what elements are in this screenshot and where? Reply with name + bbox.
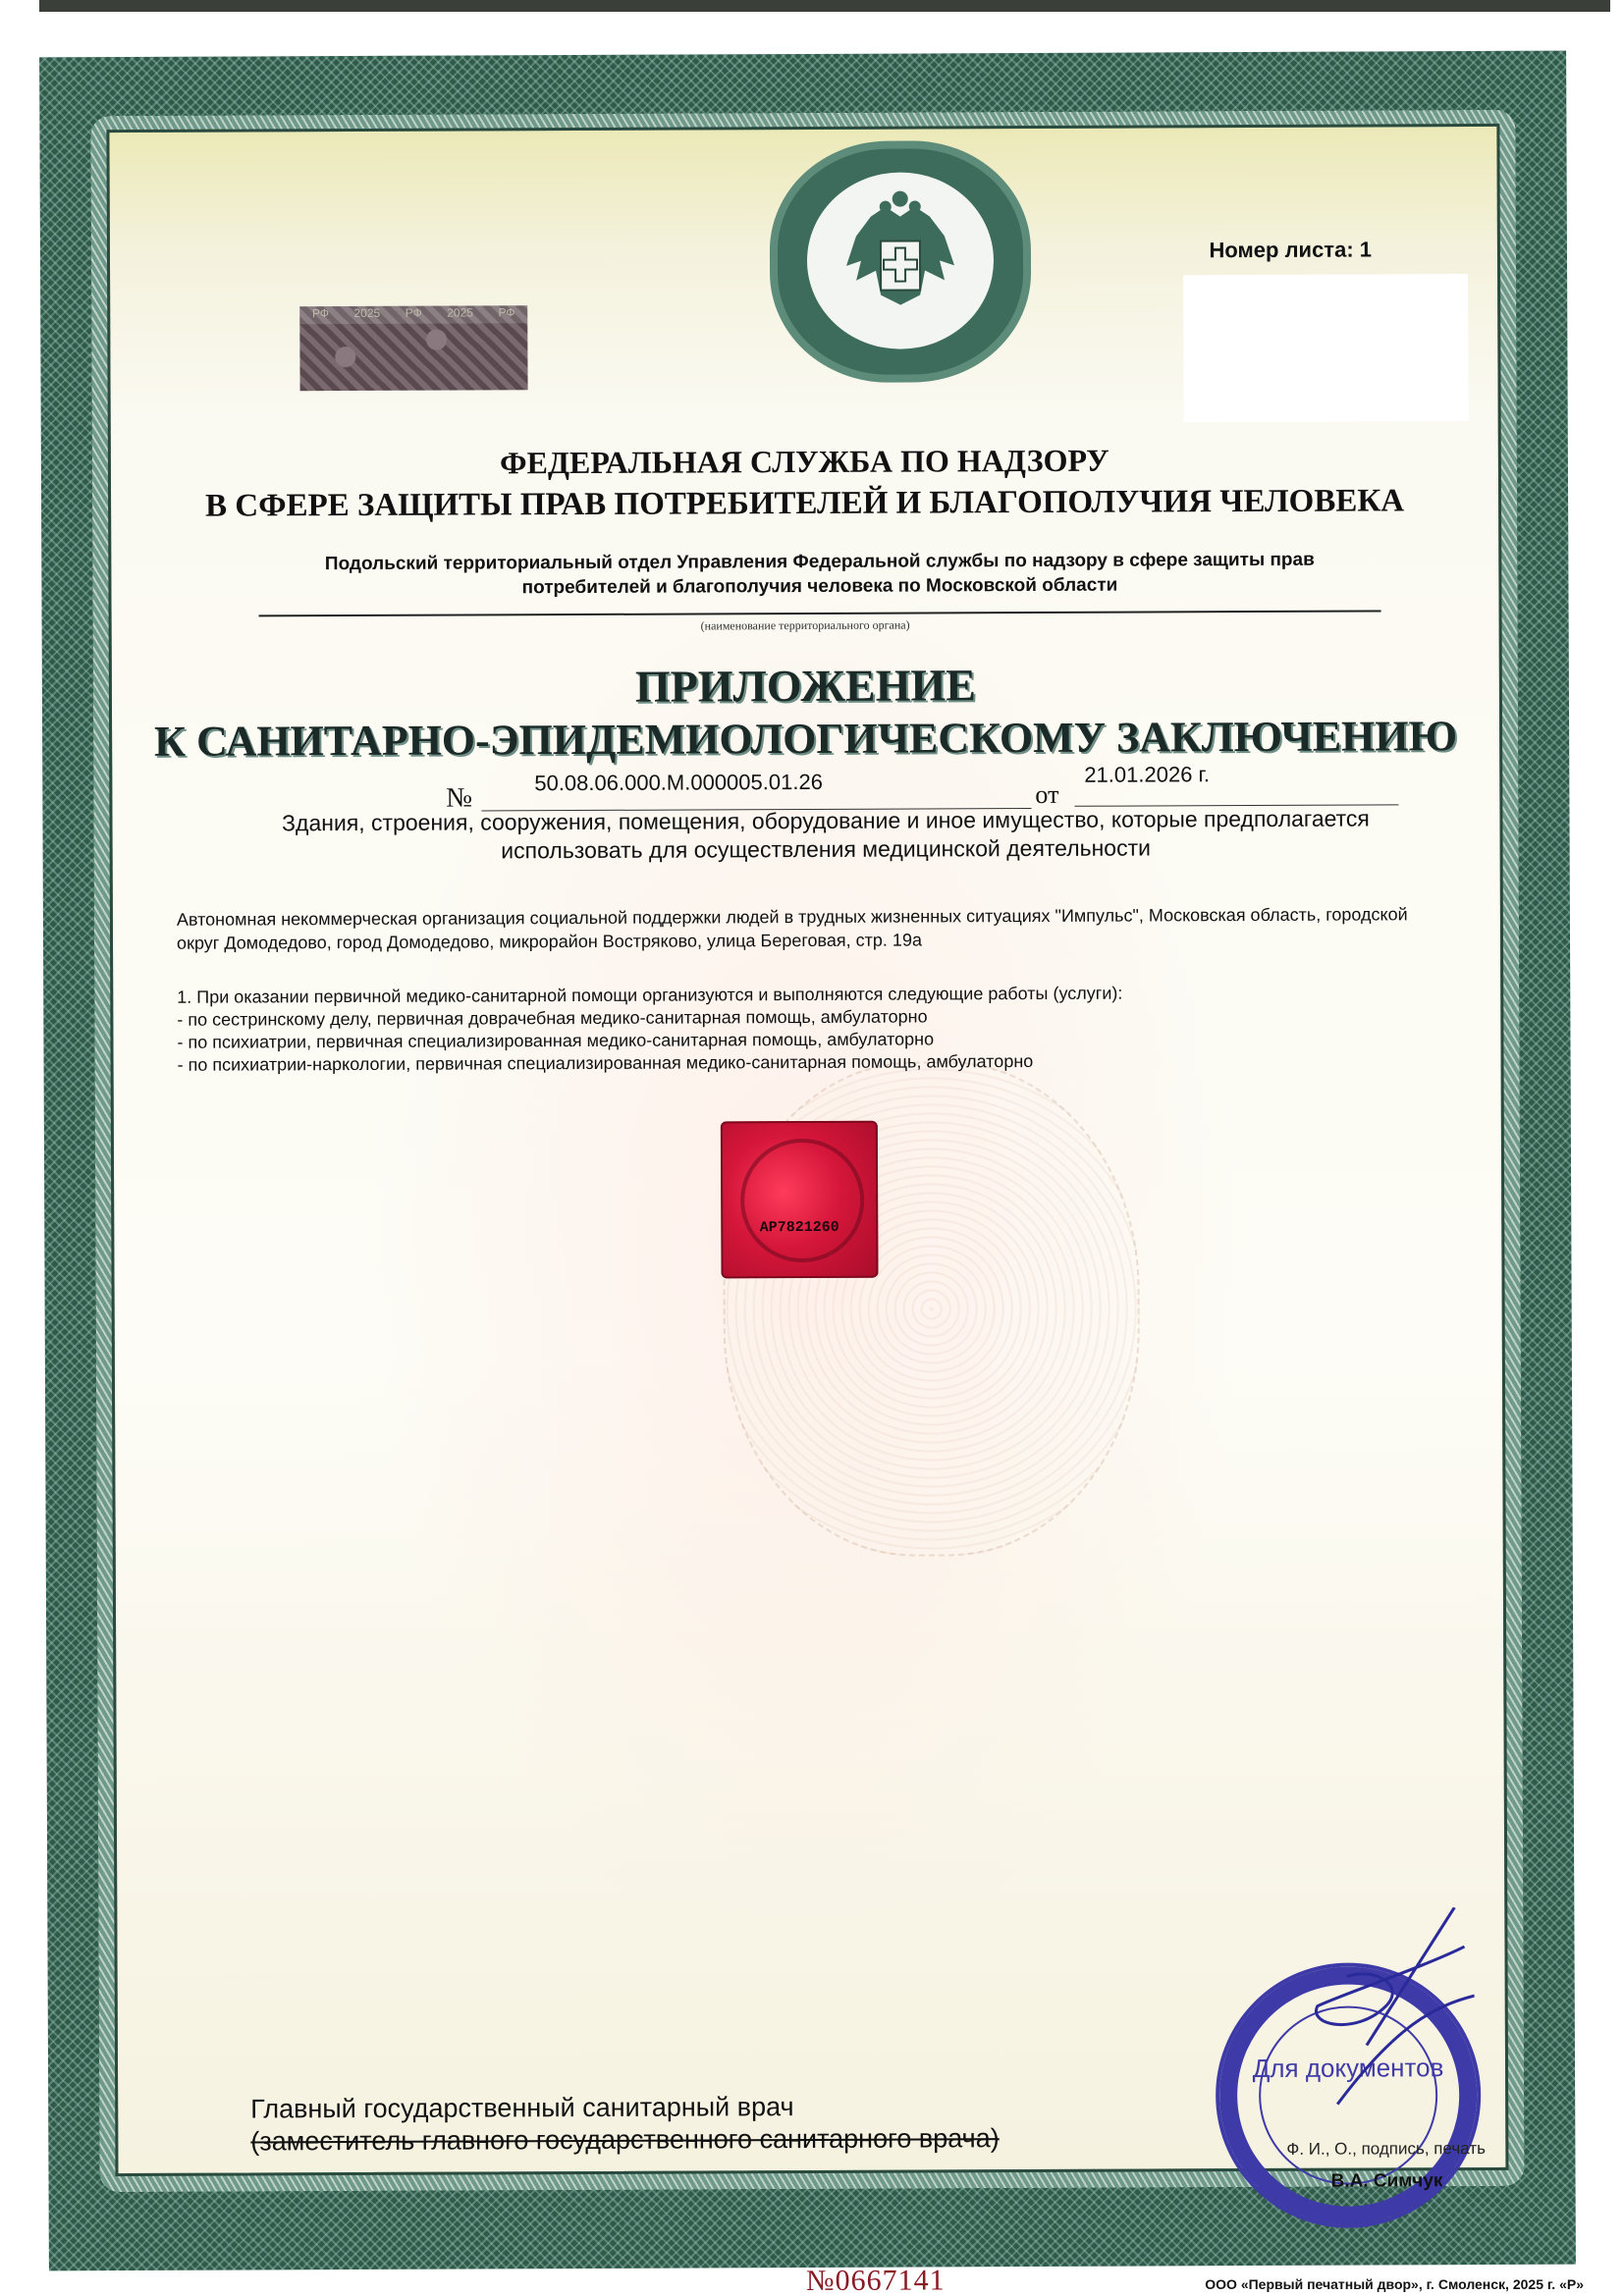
organization-text: Автономная некоммерческая организация со… — [177, 902, 1441, 955]
signer-name: В.А. Симчук — [1330, 2170, 1442, 2192]
list-item: - по психиатрии-наркологии, первичная сп… — [178, 1048, 1442, 1077]
redacted-area — [1183, 274, 1469, 422]
hologram-code: АР7821260 — [721, 1219, 878, 1237]
conclusion-number: 50.08.06.000.М.000005.01.26 — [534, 770, 823, 796]
printer-imprint: ООО «Первый печатный двор», г. Смоленск,… — [1205, 2276, 1584, 2292]
document-sheet: Номер листа: 1 РФ 2025 РФ 2025 РФ ФЕДЕРА… — [39, 51, 1576, 2271]
document-paper: Номер листа: 1 РФ 2025 РФ 2025 РФ ФЕДЕРА… — [106, 124, 1508, 2176]
signature-icon — [1277, 1907, 1475, 2163]
double-headed-eagle-icon — [807, 172, 995, 349]
emblem-badge — [778, 148, 1024, 375]
signature-caption: Ф. И., О., подпись, печать — [1286, 2139, 1486, 2160]
document-title: ПРИЛОЖЕНИЕ К САНИТАРНО-ЭПИДЕМИОЛОГИЧЕСКО… — [112, 657, 1499, 767]
signer-title: Главный государственный санитарный врач — [250, 2090, 999, 2125]
signer-position: Главный государственный санитарный врач … — [250, 2090, 1000, 2158]
works-list: 1. При оказании первичной медико-санитар… — [177, 981, 1441, 1077]
agency-line-1: ФЕДЕРАЛЬНАЯ СЛУЖБА ПО НАДЗОРУ — [111, 441, 1498, 483]
strip-label: 2025 — [353, 306, 380, 324]
hologram-sticker: АР7821260 — [721, 1121, 879, 1279]
hologram-seal-icon — [740, 1139, 865, 1263]
territorial-body-caption: (наименование территориального органа) — [112, 615, 1499, 636]
security-strip: РФ 2025 РФ 2025 РФ — [299, 305, 527, 391]
title-line-1: ПРИЛОЖЕНИЕ — [112, 657, 1499, 715]
signer-title-struck: (заместитель главного государственного с… — [250, 2122, 999, 2158]
strip-label: РФ — [312, 306, 329, 324]
conclusion-date: 21.01.2026 г. — [1084, 762, 1210, 788]
strip-label: 2025 — [447, 305, 473, 323]
conclusion-number-row: № 50.08.06.000.М.000005.01.26 от 21.01.2… — [446, 767, 1408, 810]
agency-name: ФЕДЕРАЛЬНАЯ СЛУЖБА ПО НАДЗОРУ В СФЕРЕ ЗА… — [111, 441, 1498, 525]
sheet-number: Номер листа: 1 — [1209, 237, 1372, 263]
agency-line-2: В СФЕРЕ ЗАЩИТЫ ПРАВ ПОТРЕБИТЕЛЕЙ И БЛАГО… — [111, 483, 1498, 525]
title-line-2: К САНИТАРНО-ЭПИДЕМИОЛОГИЧЕСКОМУ ЗАКЛЮЧЕН… — [112, 711, 1499, 767]
form-serial-number: №0667141 — [806, 2264, 946, 2296]
strip-label: РФ — [406, 306, 422, 324]
territorial-body: Подольский территориальный отдел Управле… — [258, 547, 1380, 601]
strip-label: РФ — [498, 305, 514, 323]
background-edge — [39, 0, 1610, 12]
purpose-text: Здания, строения, сооружения, помещения,… — [210, 804, 1440, 866]
